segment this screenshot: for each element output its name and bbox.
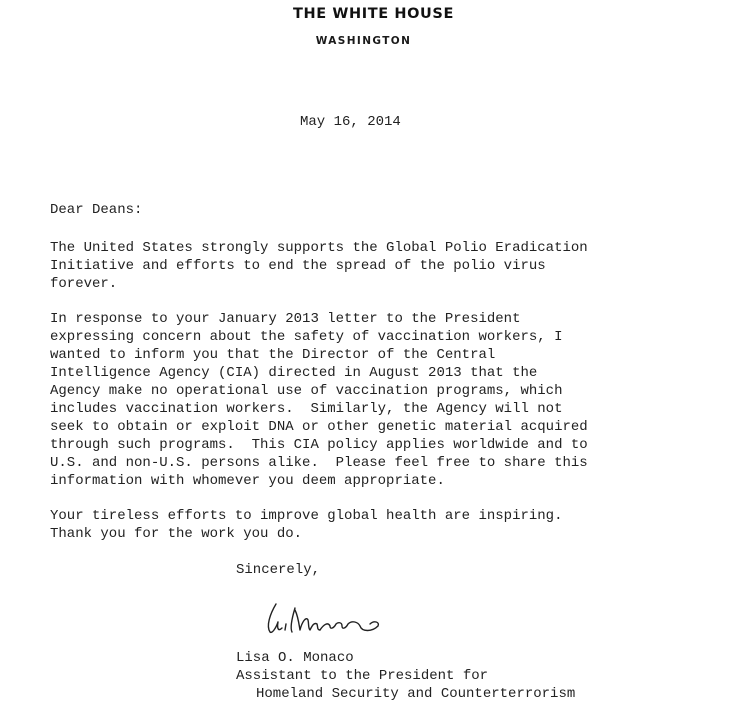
body-paragraph-3: Your tireless efforts to improve global … (50, 507, 562, 543)
closing: Sincerely, (236, 561, 320, 579)
signatory-name: Lisa O. Monaco (236, 649, 354, 667)
salutation: Dear Deans: (50, 201, 142, 219)
signatory-title-line-1: Assistant to the President for (236, 667, 488, 685)
body-paragraph-1: The United States strongly supports the … (50, 239, 588, 293)
signatory-title-line-2: Homeland Security and Counterterrorism (256, 685, 575, 703)
letterhead-subtitle: WASHINGTON (0, 35, 727, 47)
body-paragraph-2: In response to your January 2013 letter … (50, 310, 588, 490)
letter-date: May 16, 2014 (300, 113, 401, 131)
handwritten-signature (262, 598, 422, 640)
letterhead-title: THE WHITE HOUSE (0, 6, 747, 22)
